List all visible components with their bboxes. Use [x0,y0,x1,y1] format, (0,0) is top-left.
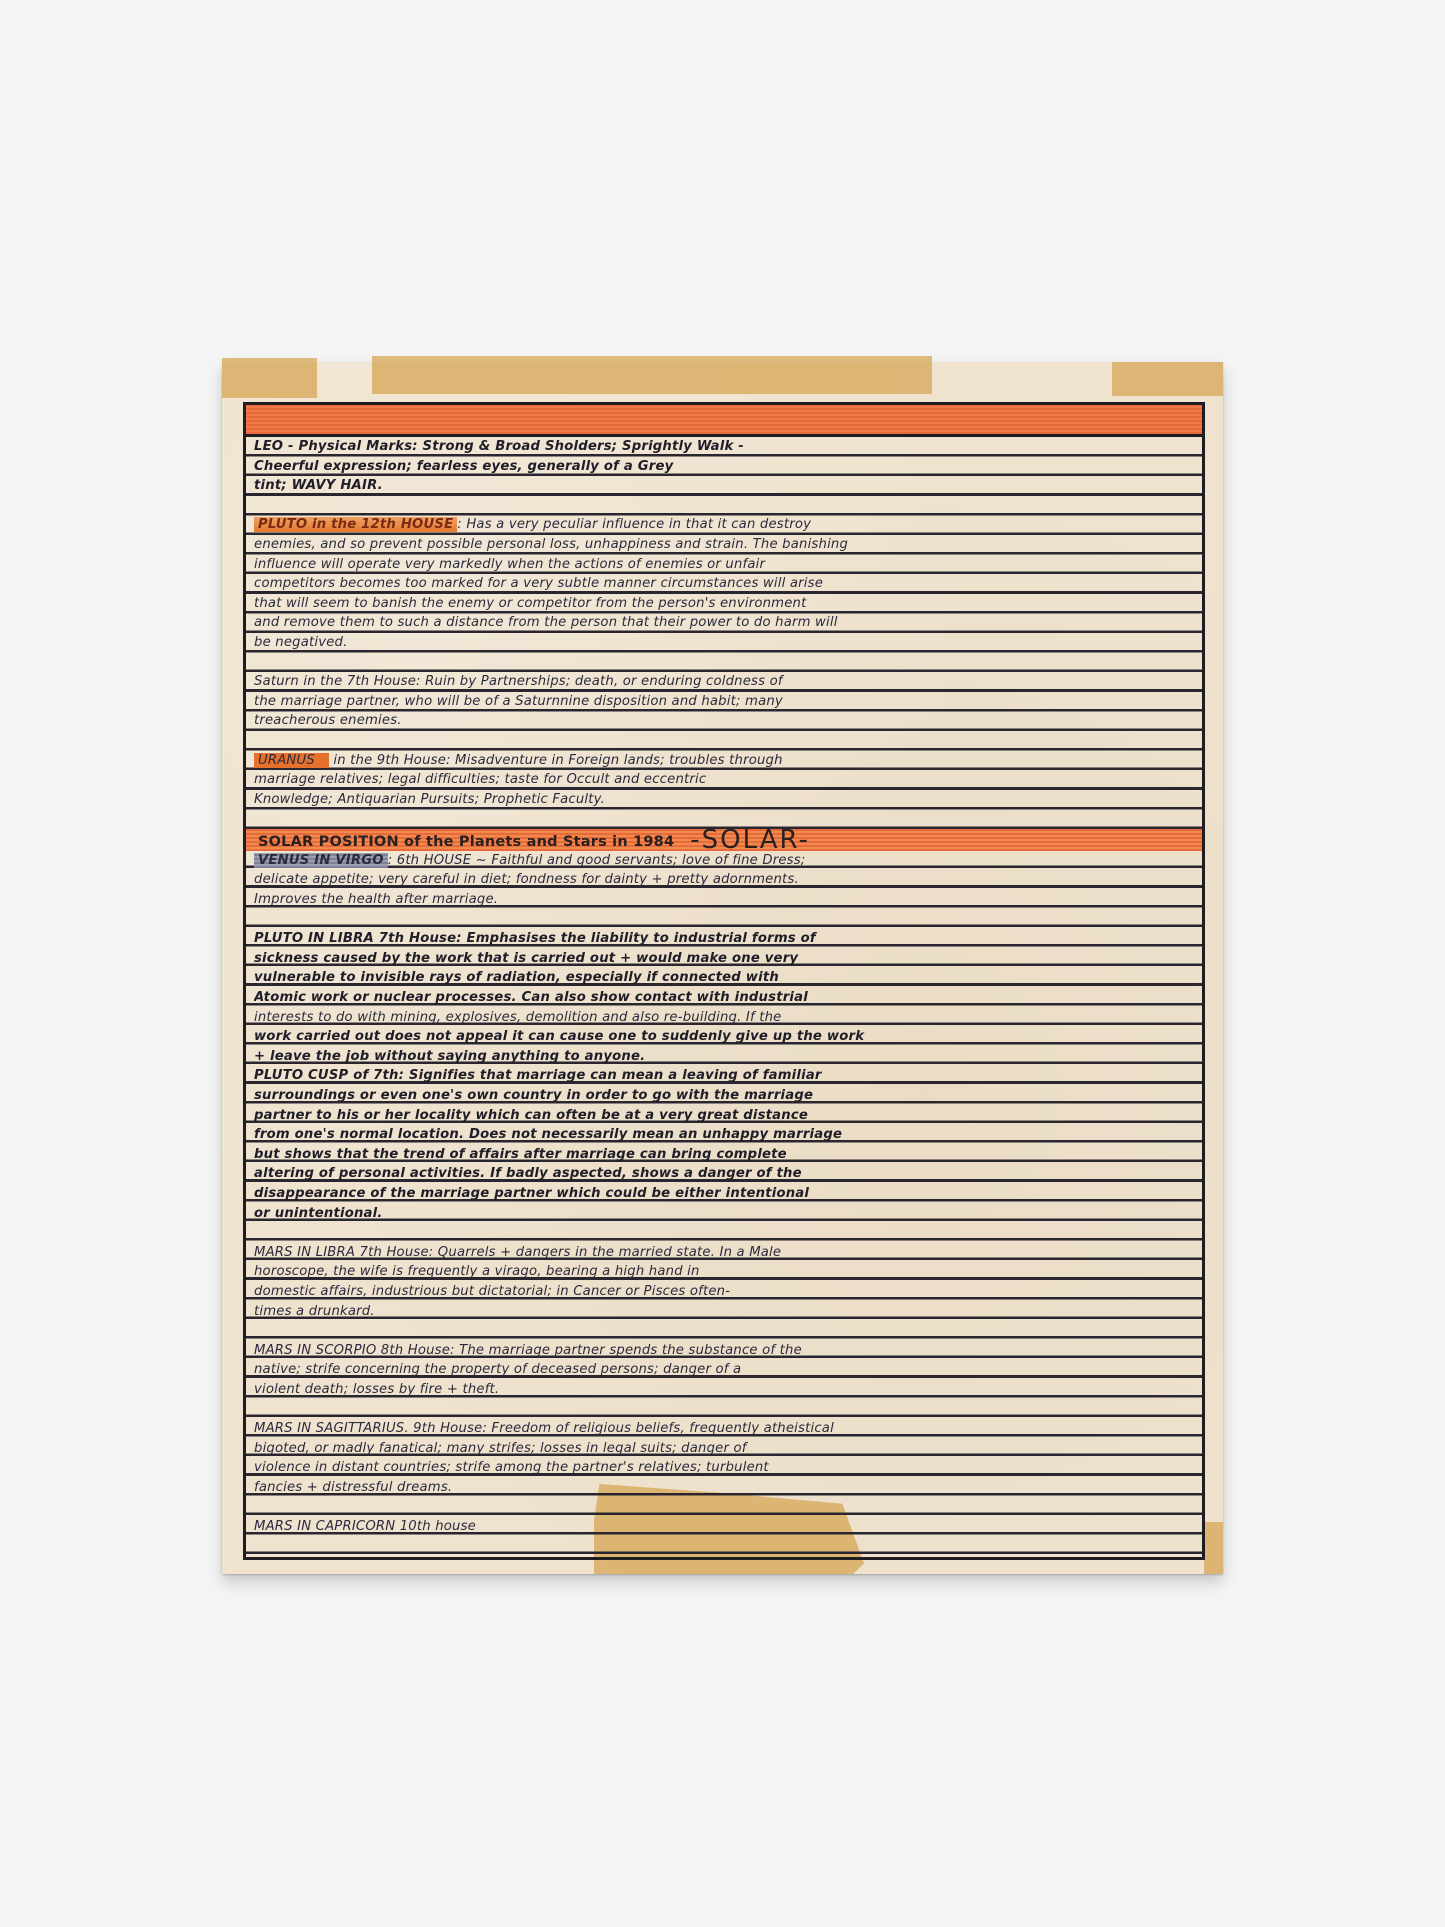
pluto-12th-line-7: be negatived. [254,633,1196,653]
blank-row: ♑ [254,1537,1196,1557]
blank-row [254,1400,1196,1420]
venus-line-1: ♀VENUS IN VIRGO: 6th HOUSE ~ Faithful an… [254,851,1196,871]
blank-row [254,1497,1196,1517]
mars-libra-line-1: MARS IN LIBRA 7th House: Quarrels + dang… [254,1243,1196,1263]
pluto-libra-line-7: + leave the job without saying anything … [254,1047,1196,1067]
blank-row [254,496,1196,516]
uranus-line-1: ♅URANUS in the 9th House: Misadventure i… [254,751,1196,771]
pluto-12th-line-5: that will seem to banish the enemy or co… [254,594,1196,614]
solar-heading: SOLAR POSITION of the Planets and Stars … [246,829,1202,851]
mars-sagittarius-line-4: fancies + distressful dreams. [254,1478,1196,1498]
mars-scorpio-line-1: MARS IN SCORPIO 8th House: The marriage … [254,1341,1196,1361]
pluto-12th-line-6: and remove them to such a distance from … [254,613,1196,633]
pluto-12th-line-4: competitors becomes too marked for a ver… [254,574,1196,594]
pluto-cusp-line-7: disappearance of the marriage partner wh… [254,1184,1196,1204]
mars-scorpio-line-3: ♏violent death; losses by fire + theft. [254,1380,1196,1400]
handwritten-astrology-board: ♌LEO - Physical Marks: Strong & Broad Sh… [222,362,1223,1574]
saturn-line-1: ♄Saturn in the 7th House: Ruin by Partne… [254,672,1196,692]
saturn-line-3: ♄treacherous enemies. [254,711,1196,731]
pluto-12th-line-3: influence will operate very markedly whe… [254,555,1196,575]
pluto-12th-line-2: ♇enemies, and so prevent possible person… [254,535,1196,555]
blank-row [254,653,1196,673]
saturn-line-2: the marriage partner, who will be of a S… [254,692,1196,712]
pluto-cusp-line-2: surroundings or even one's own country i… [254,1086,1196,1106]
tape-top-center [372,356,932,394]
mars-libra-line-4: times a drunkard. [254,1302,1196,1322]
pluto-cusp-line-3: partner to his or her locality which can… [254,1106,1196,1126]
venus-line-3: Improves the health after marriage. [254,890,1196,910]
blank-row [254,731,1196,751]
mars-scorpio-line-2: ♂native; strife concerning the property … [254,1360,1196,1380]
ruled-frame: ♌LEO - Physical Marks: Strong & Broad Sh… [243,402,1205,1560]
tape-top-left [222,358,317,398]
mars-sagittarius-line-3: ♐violence in distant countries; strife a… [254,1458,1196,1478]
pluto-12th-line-1: PPLUTO in the 12th HOUSE: Has a very pec… [254,515,1196,535]
uranus-line-3: Knowledge; Antiquarian Pursuits; Prophet… [254,790,1196,810]
text-rows: ♌LEO - Physical Marks: Strong & Broad Sh… [254,437,1196,1576]
pluto-libra-line-3: vulnerable to invisible rays of radiatio… [254,968,1196,988]
mars-sagittarius-line-2: ♂bigoted, or madly fanatical; many strif… [254,1439,1196,1459]
blank-row [254,809,1196,829]
pluto-libra-line-5: interests to do with mining, explosives,… [254,1008,1196,1028]
venus-line-2: delicate appetite; very careful in diet;… [254,870,1196,890]
pluto-libra-line-4: Atomic work or nuclear processes. Can al… [254,988,1196,1008]
pluto-12th-label: PLUTO in the 12th HOUSE [254,517,457,532]
pluto-libra-line-2: sickness caused by the work that is carr… [254,949,1196,969]
venus-label: VENUS IN VIRGO [254,853,388,868]
pluto-cusp-line-6: altering of personal activities. If badl… [254,1164,1196,1184]
mars-capricorn-line-1: ♂MARS IN CAPRICORN 10th house [254,1517,1196,1537]
tape-top-right [1112,362,1223,396]
header-orange-band [246,405,1202,437]
blank-row [254,1223,1196,1243]
leo-line-2: Cheerful expression; fearless eyes, gene… [254,457,1196,477]
pluto-libra-line-1: ♇PLUTO IN LIBRA 7th House: Emphasises th… [254,929,1196,949]
mars-libra-line-3: ♎domestic affairs, industrious but dicta… [254,1282,1196,1302]
pluto-libra-line-6: work carried out does not appeal it can … [254,1027,1196,1047]
mars-libra-line-2: ♂horoscope, the wife is frequently a vir… [254,1262,1196,1282]
pluto-cusp-line-4: from one's normal location. Does not nec… [254,1125,1196,1145]
blank-row [254,910,1196,930]
pluto-cusp-line-8: or unintentional. [254,1204,1196,1224]
uranus-line-2: CUSPmarriage relatives; legal difficulti… [254,770,1196,790]
tape-bottom-right [1204,1522,1223,1574]
mars-sagittarius-line-1: MARS IN SAGITTARIUS. 9th House: Freedom … [254,1419,1196,1439]
uranus-label: URANUS [254,753,329,768]
leo-line-3: tint; WAVY HAIR. [254,476,1196,496]
leo-line-1: ♌LEO - Physical Marks: Strong & Broad Sh… [254,437,1196,457]
pluto-cusp-line-1: PPLUTO CUSP of 7th: Signifies that marri… [254,1066,1196,1086]
blank-row [254,1556,1196,1576]
blank-row [254,1321,1196,1341]
pluto-cusp-line-5: but shows that the trend of affairs afte… [254,1145,1196,1165]
